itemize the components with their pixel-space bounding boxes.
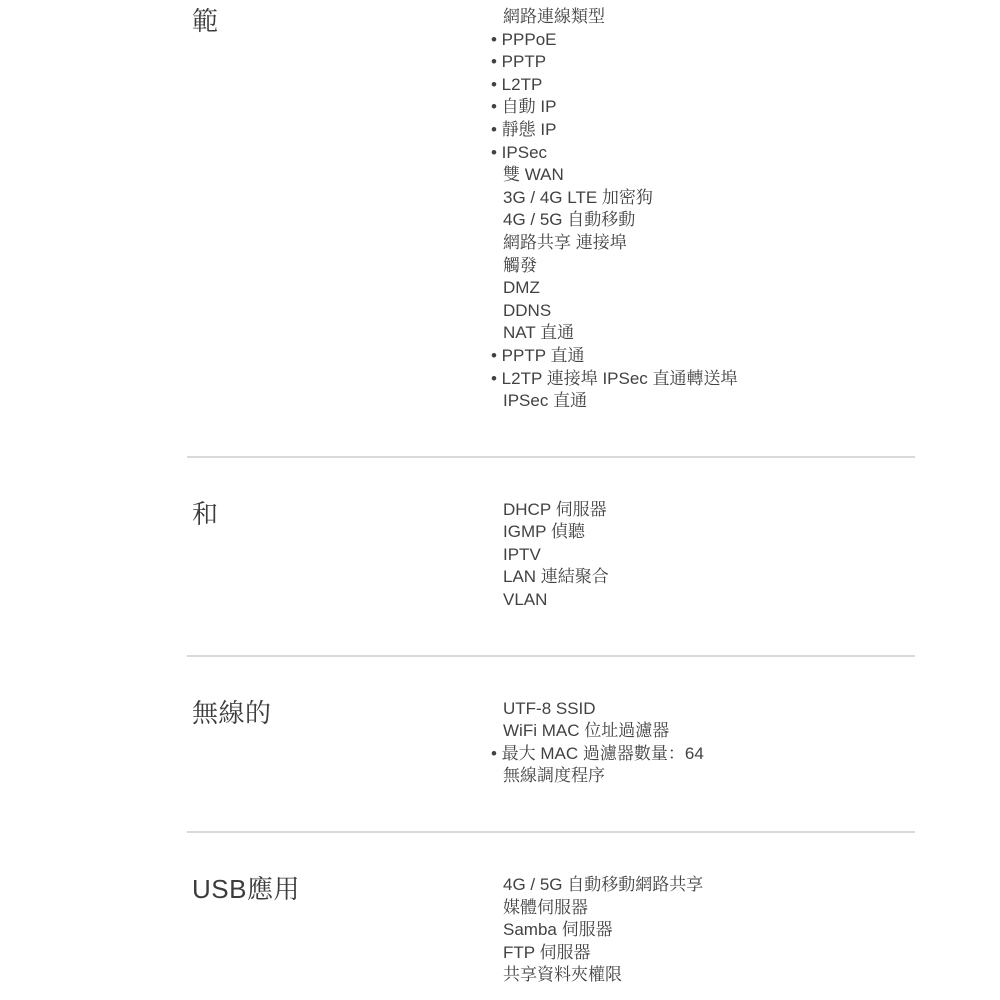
spec-line: • PPTP 直通 [491, 345, 915, 368]
spec-line: 無線調度程序 [503, 765, 915, 788]
spec-line: • L2TP [491, 74, 915, 97]
spec-line: FTP 伺服器 [503, 942, 915, 965]
spec-line: 媒體伺服器 [503, 897, 915, 920]
spec-section-values: UTF-8 SSID WiFi MAC 位址過濾器 • 最大 MAC 過濾器數量… [503, 698, 915, 788]
spec-line: DMZ [503, 277, 915, 300]
spec-section-usb: USB應用 4G / 5G 自動移動網路共享 媒體伺服器 Samba 伺服器 F… [187, 833, 915, 997]
spec-line: 共享資料夾權限 [503, 964, 915, 987]
spec-line: Samba 伺服器 [503, 919, 915, 942]
spec-line: IPSec 直通 [503, 390, 915, 413]
spec-line: LAN 連結聚合 [503, 566, 915, 589]
spec-section-values: DHCP 伺服器 IGMP 偵聽 IPTV LAN 連結聚合 VLAN [503, 499, 915, 612]
spec-line: DHCP 伺服器 [503, 499, 915, 522]
spec-line: • L2TP 連接埠 IPSec 直通轉送埠 [491, 368, 915, 391]
spec-section-label: 無線的 [187, 698, 503, 728]
spec-line: 觸發 [503, 255, 915, 278]
spec-line: NAT 直通 [503, 322, 915, 345]
spec-line: • PPPoE [491, 29, 915, 52]
spec-section-label: 和 [187, 499, 503, 529]
spec-line: 4G / 5G 自動移動 [503, 209, 915, 232]
spec-section-wireless: 無線的 UTF-8 SSID WiFi MAC 位址過濾器 • 最大 MAC 過… [187, 657, 915, 833]
spec-line: 4G / 5G 自動移動網路共享 [503, 874, 915, 897]
spec-section-values: 網路連線類型 • PPPoE • PPTP • L2TP • 自動 IP • 靜… [503, 6, 915, 413]
spec-line: 雙 WAN [503, 164, 915, 187]
spec-table: 範 網路連線類型 • PPPoE • PPTP • L2TP • 自動 IP •… [187, 0, 915, 997]
spec-line: • 靜態 IP [491, 119, 915, 142]
spec-section-network: 範 網路連線類型 • PPPoE • PPTP • L2TP • 自動 IP •… [187, 0, 915, 458]
spec-line: DDNS [503, 300, 915, 323]
spec-section-label: USB應用 [187, 874, 503, 904]
spec-section-values: 4G / 5G 自動移動網路共享 媒體伺服器 Samba 伺服器 FTP 伺服器… [503, 874, 915, 987]
spec-section-label: 範 [187, 6, 503, 36]
spec-line: UTF-8 SSID [503, 698, 915, 721]
spec-line: • 最大 MAC 過濾器數量：64 [491, 743, 915, 766]
spec-line: • PPTP [491, 51, 915, 74]
spec-line: VLAN [503, 589, 915, 612]
spec-line: • 自動 IP [491, 96, 915, 119]
spec-line: 網路共享 連接埠 [503, 232, 915, 255]
spec-section-lan: 和 DHCP 伺服器 IGMP 偵聽 IPTV LAN 連結聚合 VLAN [187, 458, 915, 657]
spec-line: 3G / 4G LTE 加密狗 [503, 187, 915, 210]
spec-line: IPTV [503, 544, 915, 567]
spec-line: 網路連線類型 [503, 6, 915, 29]
spec-line: • IPSec [491, 142, 915, 165]
spec-line: WiFi MAC 位址過濾器 [503, 720, 915, 743]
spec-line: IGMP 偵聽 [503, 521, 915, 544]
